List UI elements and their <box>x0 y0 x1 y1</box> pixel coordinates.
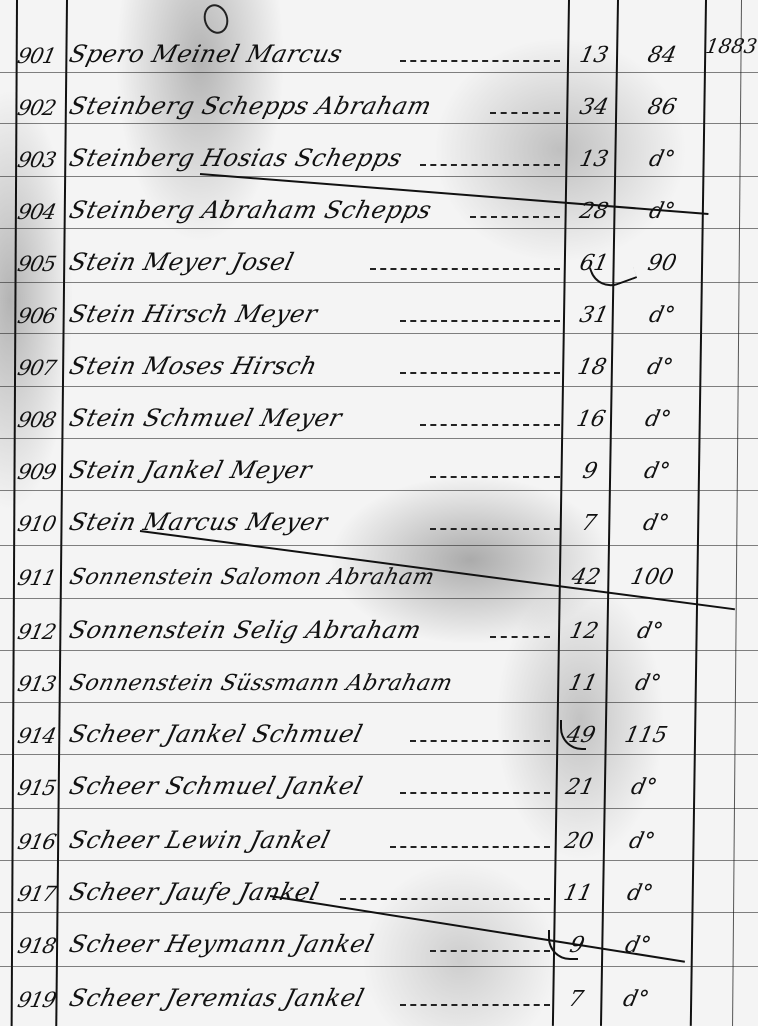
entry-name: Steinberg Hosias Schepps <box>67 144 406 172</box>
register-row: 911 Sonnenstein Salomon Abraham 42 100 <box>0 542 758 596</box>
entry-name: Sonnenstein Selig Abraham <box>67 616 425 644</box>
entry-age: 13 <box>567 43 620 68</box>
entry-age: 13 <box>567 147 620 172</box>
register-row: 910 Stein Marcus Meyer 7 d° <box>0 488 758 542</box>
filler-dashes <box>370 268 560 270</box>
entry-name: Scheer Jaufe Jankel <box>67 878 322 906</box>
register-row: 906 Stein Hirsch Meyer 31 d° <box>0 280 758 334</box>
entry-number: 907 <box>15 356 57 380</box>
entry-value: d° <box>617 355 702 380</box>
entry-number: 904 <box>15 200 57 224</box>
register-row: 902 Steinberg Schepps Abraham 34 86 <box>0 72 758 126</box>
entry-number: 903 <box>15 148 57 172</box>
filler-dashes <box>340 898 550 900</box>
register-row: 907 Stein Moses Hirsch 18 d° <box>0 332 758 386</box>
entry-name: Stein Schmuel Meyer <box>67 404 346 432</box>
entry-value: d° <box>615 407 700 432</box>
entry-age: 11 <box>556 671 609 696</box>
entry-value: 84 <box>619 43 704 68</box>
entry-name: Scheer Lewin Jankel <box>67 826 334 854</box>
register-row: 904 Steinberg Abraham Schepps 28 d° <box>0 176 758 230</box>
entry-value: d° <box>593 987 678 1012</box>
entry-value: d° <box>607 619 692 644</box>
register-row: 909 Stein Jankel Meyer 9 d° <box>0 436 758 490</box>
filler-dashes <box>420 424 560 426</box>
entry-value: d° <box>601 775 686 800</box>
entry-name: Scheer Schmuel Jankel <box>67 772 366 800</box>
entry-number: 910 <box>15 512 57 536</box>
entry-name: Steinberg Abraham Schepps <box>67 196 435 224</box>
entry-value: d° <box>619 147 704 172</box>
entry-number: 917 <box>15 882 57 906</box>
register-page: 1883 901 Spero Meinel Marcus 13 84 902 S… <box>0 0 758 1026</box>
entry-number: 908 <box>15 408 57 432</box>
entry-age: 20 <box>552 829 605 854</box>
filler-dashes <box>400 60 560 62</box>
filler-dashes <box>430 528 560 530</box>
entry-value: d° <box>613 511 698 536</box>
filler-dashes <box>490 112 560 114</box>
entry-age: 21 <box>553 775 606 800</box>
entry-age: 31 <box>567 303 620 328</box>
entry-number: 905 <box>15 252 57 276</box>
entry-name: Stein Meyer Josel <box>67 248 297 276</box>
filler-dashes <box>400 320 560 322</box>
entry-number: 915 <box>15 776 57 800</box>
entry-value: 86 <box>619 95 704 120</box>
register-row: 903 Steinberg Hosias Schepps 13 d° <box>0 124 758 178</box>
register-row: 912 Sonnenstein Selig Abraham 12 d° <box>0 596 758 650</box>
entry-name: Stein Marcus Meyer <box>67 508 331 536</box>
filler-dashes <box>430 950 550 952</box>
filler-dashes <box>420 164 560 166</box>
entry-number: 916 <box>15 830 57 854</box>
register-row: 905 Stein Meyer Josel 61 90 <box>0 228 758 282</box>
filler-dashes <box>490 636 550 638</box>
register-row: 901 Spero Meinel Marcus 13 84 <box>0 20 758 74</box>
register-row: 919 Scheer Jeremias Jankel 7 d° <box>0 964 758 1018</box>
filler-dashes <box>410 740 550 742</box>
entry-name: Scheer Jankel Schmuel <box>67 720 366 748</box>
register-row: 914 Scheer Jankel Schmuel 49 115 <box>0 700 758 754</box>
entry-number: 914 <box>15 724 57 748</box>
entry-number: 913 <box>15 672 57 696</box>
entry-value: d° <box>619 303 704 328</box>
register-row: 916 Scheer Lewin Jankel 20 d° <box>0 806 758 860</box>
register-row: 913 Sonnenstein Süssmann Abraham 11 d° <box>0 648 758 702</box>
entry-name: Scheer Jeremias Jankel <box>67 984 368 1012</box>
entry-value: 100 <box>609 565 694 590</box>
filler-dashes <box>390 846 550 848</box>
entry-age: 18 <box>565 355 618 380</box>
entry-number: 901 <box>15 44 57 68</box>
entry-name: Scheer Heymann Jankel <box>67 930 377 958</box>
entry-age: 16 <box>564 407 617 432</box>
entry-value: d° <box>597 881 682 906</box>
register-row: 915 Scheer Schmuel Jankel 21 d° <box>0 752 758 806</box>
entry-value: d° <box>599 829 684 854</box>
filler-dashes <box>470 216 560 218</box>
register-row: 917 Scheer Jaufe Jankel 11 d° <box>0 858 758 912</box>
entry-name: Stein Moses Hirsch <box>67 352 321 380</box>
entry-age: 7 <box>562 511 615 536</box>
entry-number: 919 <box>15 988 57 1012</box>
entry-name: Stein Hirsch Meyer <box>67 300 321 328</box>
entry-value: 115 <box>603 723 688 748</box>
entry-age: 9 <box>563 459 616 484</box>
register-row: 908 Stein Schmuel Meyer 16 d° <box>0 384 758 438</box>
entry-number: 909 <box>15 460 57 484</box>
entry-value: d° <box>614 459 699 484</box>
filler-dashes <box>400 372 560 374</box>
filler-dashes <box>430 476 560 478</box>
entry-number: 906 <box>15 304 57 328</box>
entry-name: Sonnenstein Salomon Abraham <box>67 565 437 590</box>
entry-age: 34 <box>567 95 620 120</box>
entry-name: Sonnenstein Süssmann Abraham <box>67 671 455 696</box>
entry-age: 12 <box>557 619 610 644</box>
entry-number: 912 <box>15 620 57 644</box>
entry-age: 11 <box>551 881 604 906</box>
entry-name: Steinberg Schepps Abraham <box>67 92 435 120</box>
entry-number: 911 <box>15 566 57 590</box>
filler-dashes <box>400 792 550 794</box>
entry-value: d° <box>605 671 690 696</box>
entry-name: Stein Jankel Meyer <box>67 456 315 484</box>
entry-number: 918 <box>15 934 57 958</box>
entry-number: 902 <box>15 96 57 120</box>
entry-name: Spero Meinel Marcus <box>67 40 346 68</box>
filler-dashes <box>400 1004 550 1006</box>
